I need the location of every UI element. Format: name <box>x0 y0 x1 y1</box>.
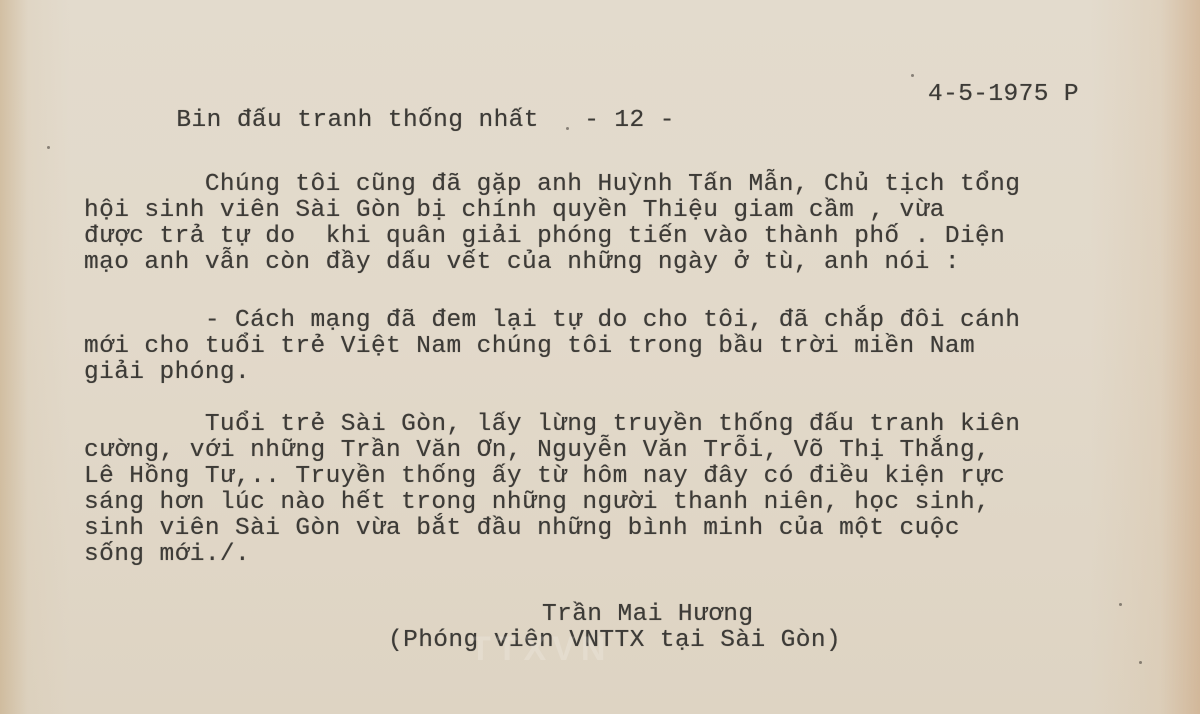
paragraph-3-line-2: cường, với những Trần Văn Ơn, Nguyễn Văn… <box>84 438 990 464</box>
signature-name: Trần Mai Hương <box>542 602 753 628</box>
watermark: TTXVN <box>470 630 611 669</box>
document-header-title: Bin đấu tranh thống nhất - 12 - <box>116 82 675 160</box>
paragraph-2-line-2: mới cho tuổi trẻ Việt Nam chúng tôi tron… <box>84 334 975 360</box>
paragraph-1-line-4: mạo anh vẫn còn đầy dấu vết của những ng… <box>84 250 960 276</box>
paper-speck <box>1139 661 1142 664</box>
paper-speck <box>1119 603 1122 606</box>
paper-speck <box>566 127 569 130</box>
paper-speck <box>911 74 914 77</box>
paragraph-1-line-3: được trả tự do khi quân giải phóng tiến … <box>84 224 1005 250</box>
header-title: Bin đấu tranh thống nhất <box>176 107 538 134</box>
header-date-code: 4-5-1975 P <box>928 82 1079 108</box>
document-page: Bin đấu tranh thống nhất - 12 - 4-5-1975… <box>0 0 1200 714</box>
page-number: - 12 - <box>584 107 675 134</box>
paragraph-1-line-1: Chúng tôi cũng đã gặp anh Huỳnh Tấn Mẫn,… <box>84 172 1020 198</box>
paragraph-1-line-2: hội sinh viên Sài Gòn bị chính quyền Thi… <box>84 198 945 224</box>
paragraph-3-line-1: Tuổi trẻ Sài Gòn, lấy lừng truyền thống … <box>84 412 1020 438</box>
signature-affiliation: (Phóng viên VNTTX tại Sài Gòn) <box>388 628 841 654</box>
paragraph-2-line-3: giải phóng. <box>84 360 250 386</box>
paragraph-3-line-4: sáng hơn lúc nào hết trong những người t… <box>84 490 990 516</box>
paragraph-3-line-3: Lê Hồng Tư,.. Truyền thống ấy từ hôm nay… <box>84 464 1005 490</box>
paper-speck <box>47 146 50 149</box>
paragraph-3-line-6: sống mới./. <box>84 542 250 568</box>
paragraph-3-line-5: sinh viên Sài Gòn vừa bắt đầu những bình… <box>84 516 960 542</box>
paragraph-2-line-1: - Cách mạng đã đem lại tự do cho tôi, đã… <box>84 308 1020 334</box>
